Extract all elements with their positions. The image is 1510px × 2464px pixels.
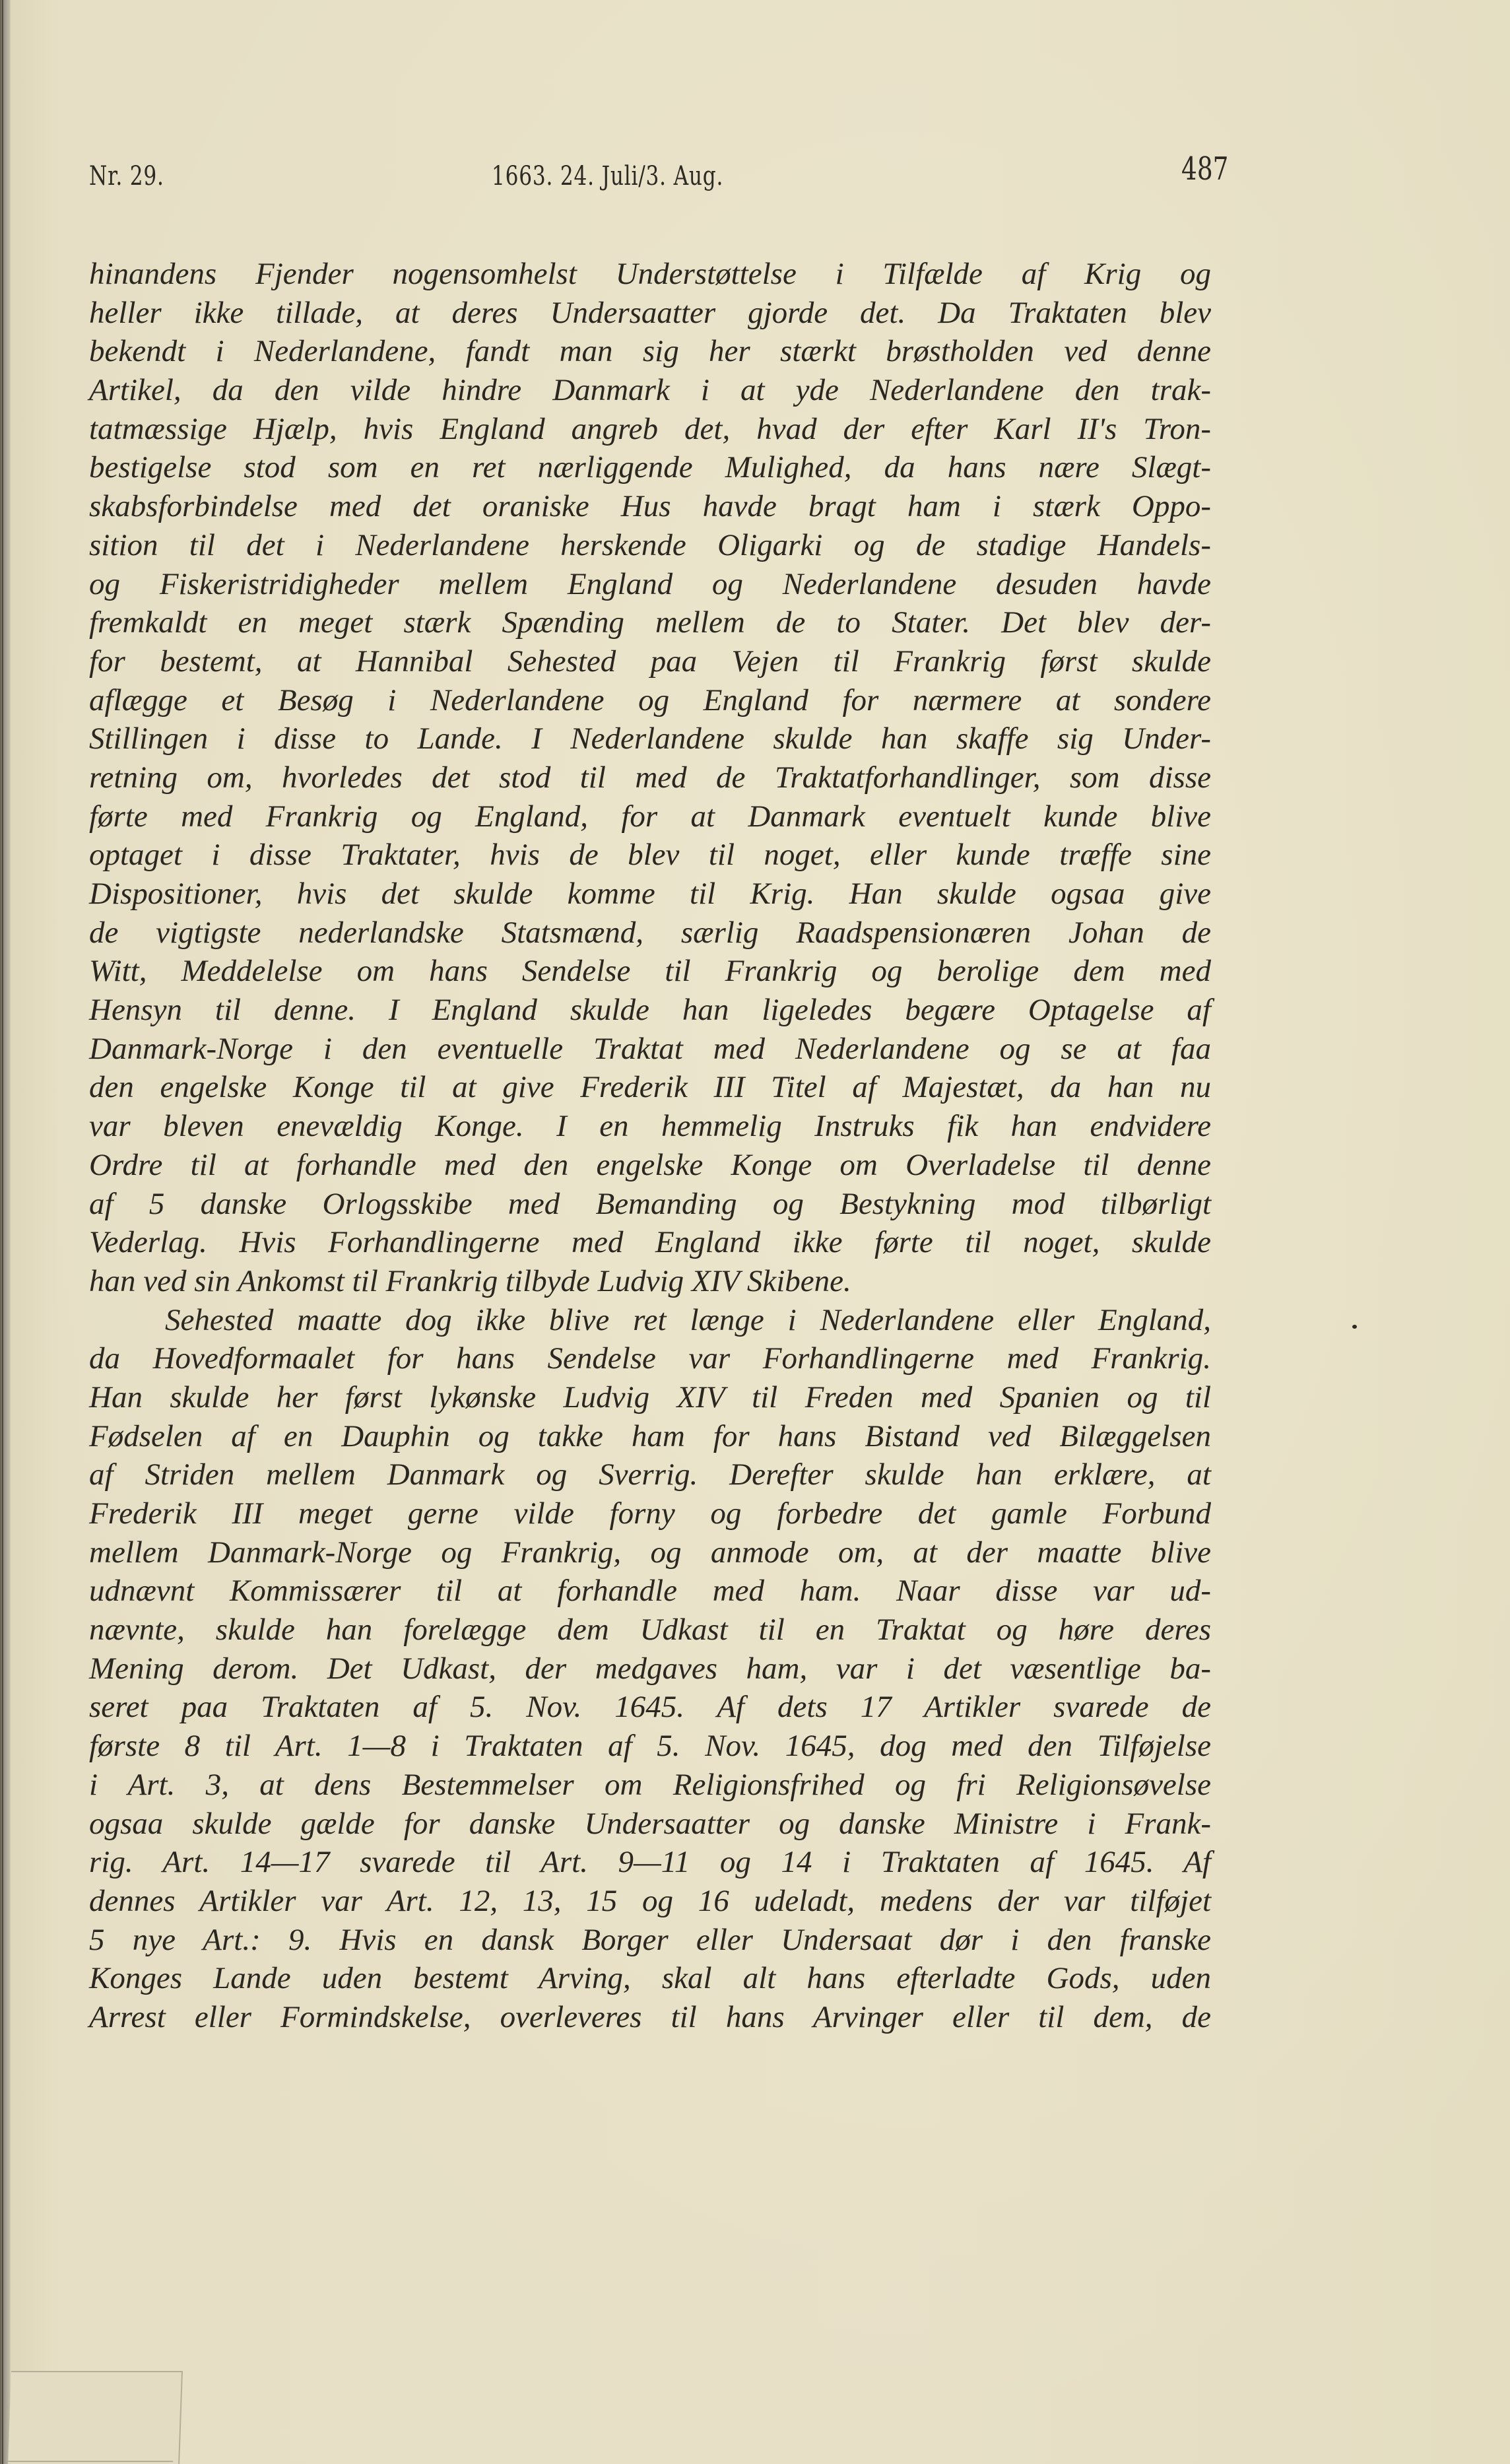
text-line: ogsaa skulde gælde for danske Undersaatt… <box>89 1805 1211 1844</box>
text-line: bestigelse stod som en ret nærliggende M… <box>89 448 1211 487</box>
text-line: Arrest eller Formindskelse, overleveres … <box>89 1998 1211 2037</box>
text-line: den engelske Konge til at give Frederik … <box>89 1068 1211 1107</box>
running-head: Nr. 29. 1663. 24. Juli/3. Aug. 487 <box>0 147 1510 199</box>
text-line: Stillingen i disse to Lande. I Nederland… <box>89 719 1211 758</box>
document-number: Nr. 29. <box>89 161 164 191</box>
text-line: bekendt i Nederlandene, fandt man sig he… <box>89 332 1211 371</box>
text-line: Dispositioner, hvis det skulde komme til… <box>89 875 1211 914</box>
text-line: de vigtigste nederlandske Statsmænd, sær… <box>89 914 1211 952</box>
text-line: hinandens Fjender nogensomhelst Understø… <box>89 255 1211 294</box>
text-line: da Hovedformaalet for hans Sendelse var … <box>89 1339 1211 1378</box>
binding-shadow-line <box>2 0 3 2464</box>
text-line: sition til det i Nederlandene herskende … <box>89 526 1211 565</box>
text-line: Vederlag. Hvis Forhandlingerne med Engla… <box>89 1223 1211 1262</box>
paper-label-edge <box>8 2461 173 2462</box>
text-line: Han skulde her først lykønske Ludvig XIV… <box>89 1378 1211 1417</box>
text-line: skabsforbindelse med det oraniske Hus ha… <box>89 487 1211 526</box>
document-date: 1663. 24. Juli/3. Aug. <box>492 161 723 191</box>
text-line: i Art. 3, at dens Bestemmelser om Religi… <box>89 1766 1211 1805</box>
text-line: Konges Lande uden bestemt Arving, skal a… <box>89 1959 1211 1998</box>
text-line: Danmark-Norge i den eventuelle Traktat m… <box>89 1030 1211 1069</box>
text-line: dennes Artikler var Art. 12, 13, 15 og 1… <box>89 1882 1211 1921</box>
text-line: mellem Danmark-Norge og Frankrig, og anm… <box>89 1533 1211 1572</box>
text-line: Witt, Meddelelse om hans Sendelse til Fr… <box>89 952 1211 991</box>
text-line: Hensyn til denne. I England skulde han l… <box>89 991 1211 1030</box>
text-line: og Fiskeristridigheder mellem England og… <box>89 565 1211 604</box>
text-line: nævnte, skulde han forelægge dem Udkast … <box>89 1611 1211 1649</box>
text-line: førte med Frankrig og England, for at Da… <box>89 797 1211 836</box>
text-line: 5 nye Art.: 9. Hvis en dansk Borger elle… <box>89 1921 1211 1960</box>
text-line: første 8 til Art. 1—8 i Traktaten af 5. … <box>89 1727 1211 1766</box>
text-line: rig. Art. 14—17 svarede til Art. 9—11 og… <box>89 1843 1211 1882</box>
text-line: var bleven enevældig Konge. I en hemmeli… <box>89 1107 1211 1146</box>
text-line: Ordre til at forhandle med den engelske … <box>89 1146 1211 1185</box>
text-line-paragraph-end: han ved sin Ankomst til Frankrig tilbyde… <box>89 1262 1211 1301</box>
ink-speck <box>1352 1325 1357 1329</box>
text-line: Frederik III meget gerne vilde forny og … <box>89 1494 1211 1533</box>
page-number: 487 <box>1181 150 1228 187</box>
text-line: af 5 danske Orlogsskibe med Bemanding og… <box>89 1185 1211 1224</box>
text-line: udnævnt Kommissærer til at forhandle med… <box>89 1572 1211 1611</box>
book-page: Nr. 29. 1663. 24. Juli/3. Aug. 487 hinan… <box>0 0 1510 2464</box>
text-line: aflægge et Besøg i Nederlandene og Engla… <box>89 681 1211 720</box>
text-line: for bestemt, at Hannibal Sehested paa Ve… <box>89 642 1211 681</box>
text-line-paragraph-start: Sehested maatte dog ikke blive ret længe… <box>89 1301 1211 1340</box>
text-line: tatmæssige Hjælp, hvis England angreb de… <box>89 410 1211 449</box>
text-line: af Striden mellem Danmark og Sverrig. De… <box>89 1455 1211 1494</box>
text-line: heller ikke tillade, at deres Undersaatt… <box>89 294 1211 333</box>
text-line: Mening derom. Det Udkast, der medgaves h… <box>89 1649 1211 1688</box>
text-line: Artikel, da den vilde hindre Danmark i a… <box>89 371 1211 410</box>
text-line: fremkaldt en meget stærk Spænding mellem… <box>89 603 1211 642</box>
text-line: optaget i disse Traktater, hvis de blev … <box>89 836 1211 875</box>
text-line: retning om, hvorledes det stod til med d… <box>89 758 1211 797</box>
paper-label-patch <box>8 2371 183 2464</box>
body-text: hinandens Fjender nogensomhelst Understø… <box>89 255 1211 2037</box>
text-line: Fødselen af en Dauphin og takke ham for … <box>89 1417 1211 1456</box>
text-line: seret paa Traktaten af 5. Nov. 1645. Af … <box>89 1688 1211 1727</box>
